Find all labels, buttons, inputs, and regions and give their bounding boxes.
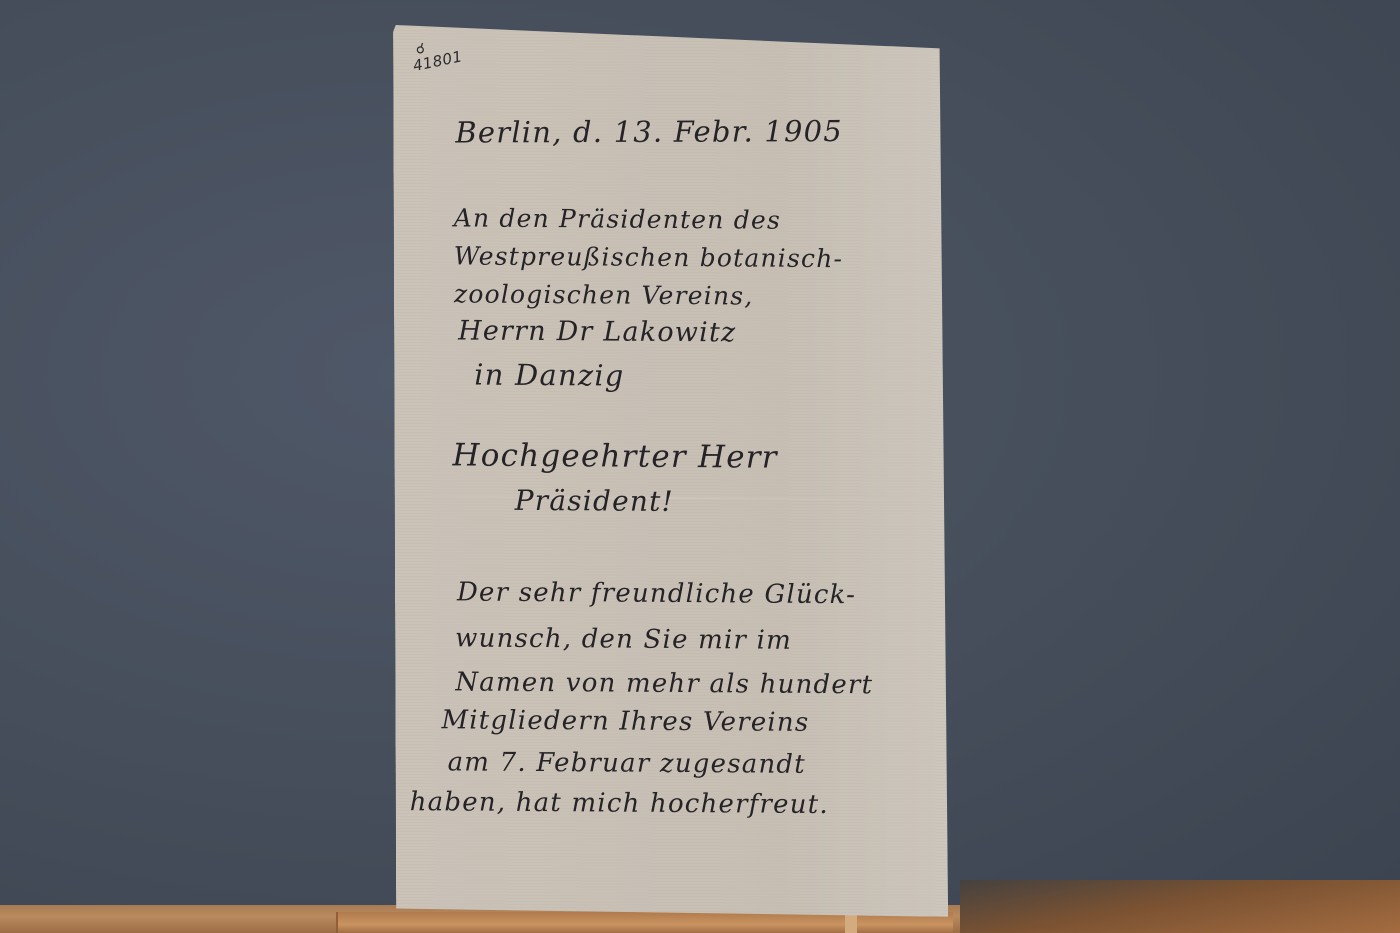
body-line: am 7. Februar zugesandt [448,747,806,780]
letter-sheet: ☌ 41801 Berlin, d. 13. Febr. 1905 An den… [393,25,948,917]
body-line: Der sehr freundliche Glück- [457,577,856,610]
body-line: haben, hat mich hocherfreut. [410,787,829,820]
archive-stamp: ☌ 41801 [408,35,463,74]
salutation-line: Hochgeehrter Herr [452,437,777,475]
body-line: Namen von mehr als hundert [455,667,873,700]
address-line: Westpreußischen botanisch- [454,241,843,273]
wooden-table-surface-right [960,880,1400,933]
address-line: An den Präsidenten des [454,203,781,234]
address-recipient: Herrn Dr Lakowitz [458,315,736,348]
letter-dateline: Berlin, d. 13. Febr. 1905 [455,114,843,149]
body-line: wunsch, den Sie mir im [455,623,792,655]
address-city: in Danzig [474,358,624,393]
address-line: zoologischen Vereins, [454,279,754,310]
salutation-line: Präsident! [515,484,674,518]
body-line: Mitgliedern Ihres Vereins [441,705,809,738]
